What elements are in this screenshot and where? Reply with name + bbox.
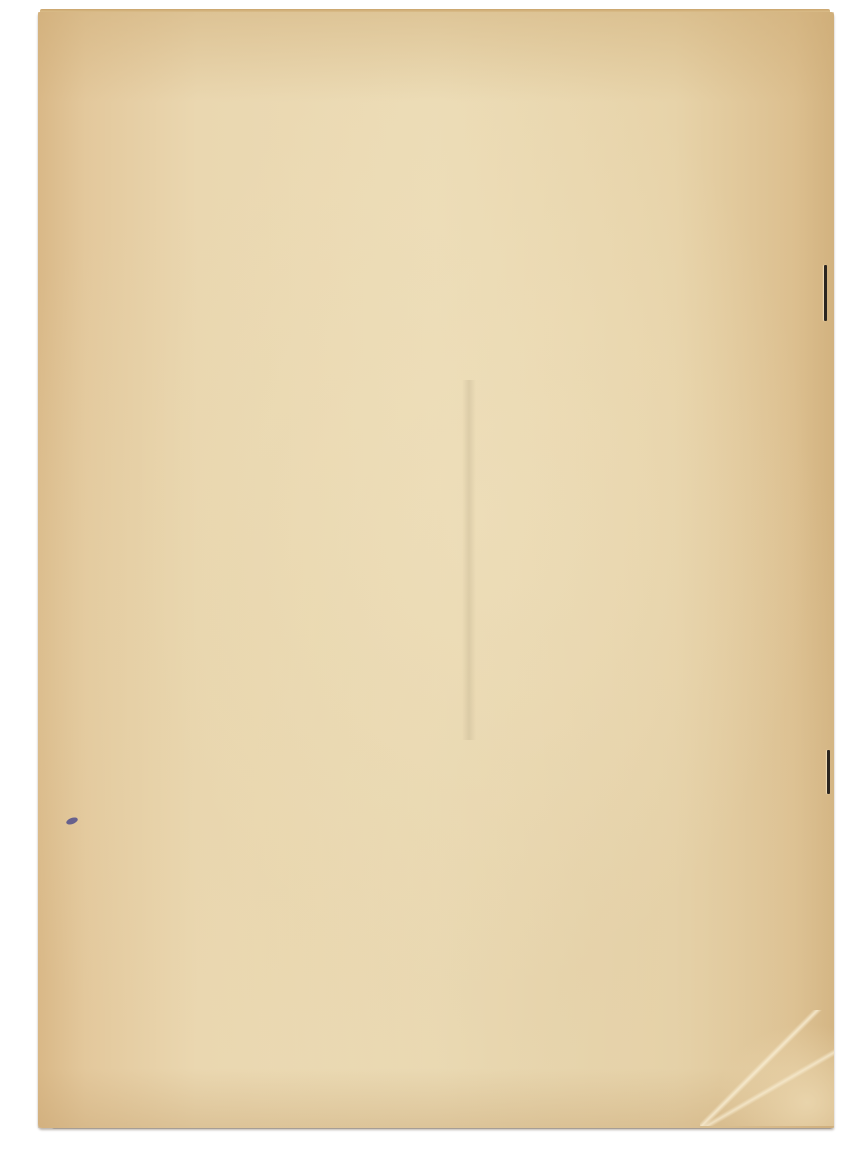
staple-top xyxy=(824,265,827,321)
center-crease xyxy=(462,380,476,740)
blank-aged-page xyxy=(38,12,834,1128)
staple-bottom xyxy=(827,750,830,794)
torn-corner xyxy=(700,1010,834,1126)
